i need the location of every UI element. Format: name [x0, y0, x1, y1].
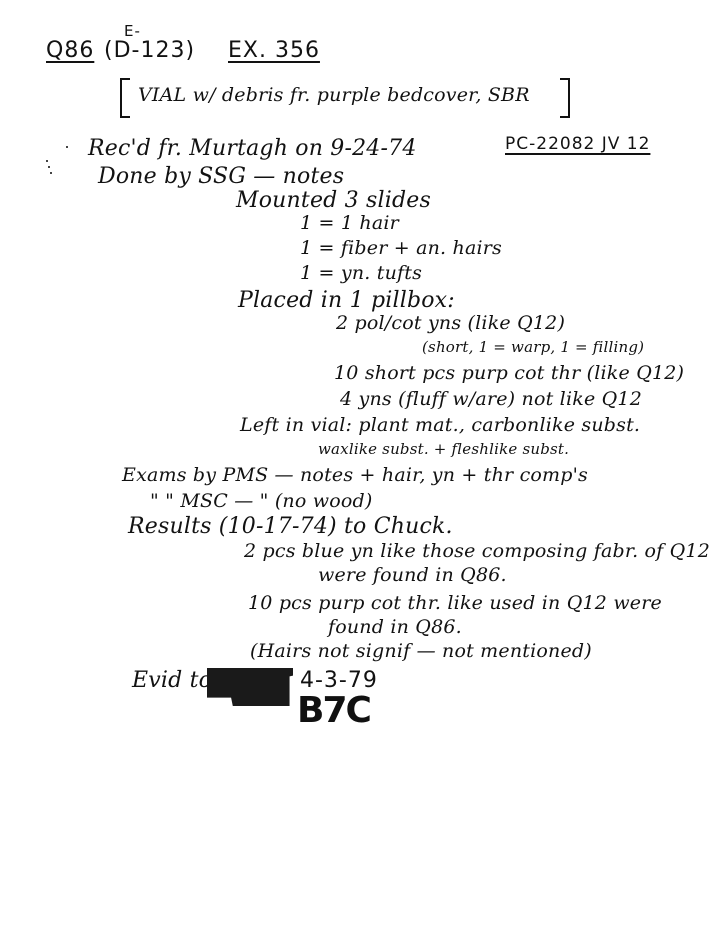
received-line: Rec'd fr. Murtagh on 9-24-74	[88, 136, 417, 161]
done-by-line: Done by SSG — notes	[98, 164, 344, 189]
pillbox-item-2: 10 short pcs purp cot thr (like Q12)	[334, 362, 684, 384]
scan-speck	[46, 160, 48, 162]
mounted-slides-line: Mounted 3 slides	[236, 188, 431, 213]
slide-2-line: 1 = fiber + an. hairs	[300, 237, 502, 259]
result-2-line: 10 pcs purp cot thr. like used in Q12 we…	[248, 592, 662, 614]
scan-speck	[50, 172, 52, 174]
result-1-line: 2 pcs blue yn like those composing fabr.…	[244, 540, 710, 562]
bracket-right	[560, 78, 570, 118]
scan-speck	[48, 166, 50, 168]
result-1-cont: were found in Q86.	[318, 564, 507, 586]
case-number: PC-22082 JV 12	[505, 134, 650, 154]
hairs-note-line: (Hairs not signif — not mentioned)	[250, 640, 592, 662]
exemption-stamp: B7C	[297, 690, 370, 731]
slide-1-line: 1 = 1 hair	[300, 212, 399, 234]
slide-3-line: 1 = yn. tufts	[300, 262, 422, 284]
left-in-vial-line: Left in vial: plant mat., carbonlike sub…	[240, 414, 640, 436]
scan-speck	[66, 146, 68, 148]
redaction-block	[207, 668, 293, 706]
vial-description: VIAL w/ debris fr. purple bedcover, SBR	[138, 84, 530, 106]
left-in-vial-cont: waxlike subst. + fleshlike subst.	[318, 440, 569, 458]
exams-pms-line: Exams by PMS — notes + hair, yn + thr co…	[122, 464, 588, 486]
bracket-left	[120, 78, 130, 118]
result-2-cont: found in Q86.	[328, 616, 462, 638]
lab-ref: (D-123)	[104, 38, 195, 63]
pillbox-line: Placed in 1 pillbox:	[238, 288, 455, 313]
pillbox-item-1-detail: (short, 1 = warp, 1 = filling)	[422, 338, 644, 356]
pillbox-item-1: 2 pol/cot yns (like Q12)	[336, 312, 565, 334]
evid-to-label: Evid to	[132, 668, 212, 693]
results-line: Results (10-17-74) to Chuck.	[128, 514, 453, 539]
item-id: Q86	[46, 38, 94, 63]
pillbox-item-3: 4 yns (fluff w/are) not like Q12	[340, 388, 642, 410]
exhibit-number: EX. 356	[228, 38, 320, 63]
exams-msc-line: " " MSC — " (no wood)	[150, 490, 372, 512]
